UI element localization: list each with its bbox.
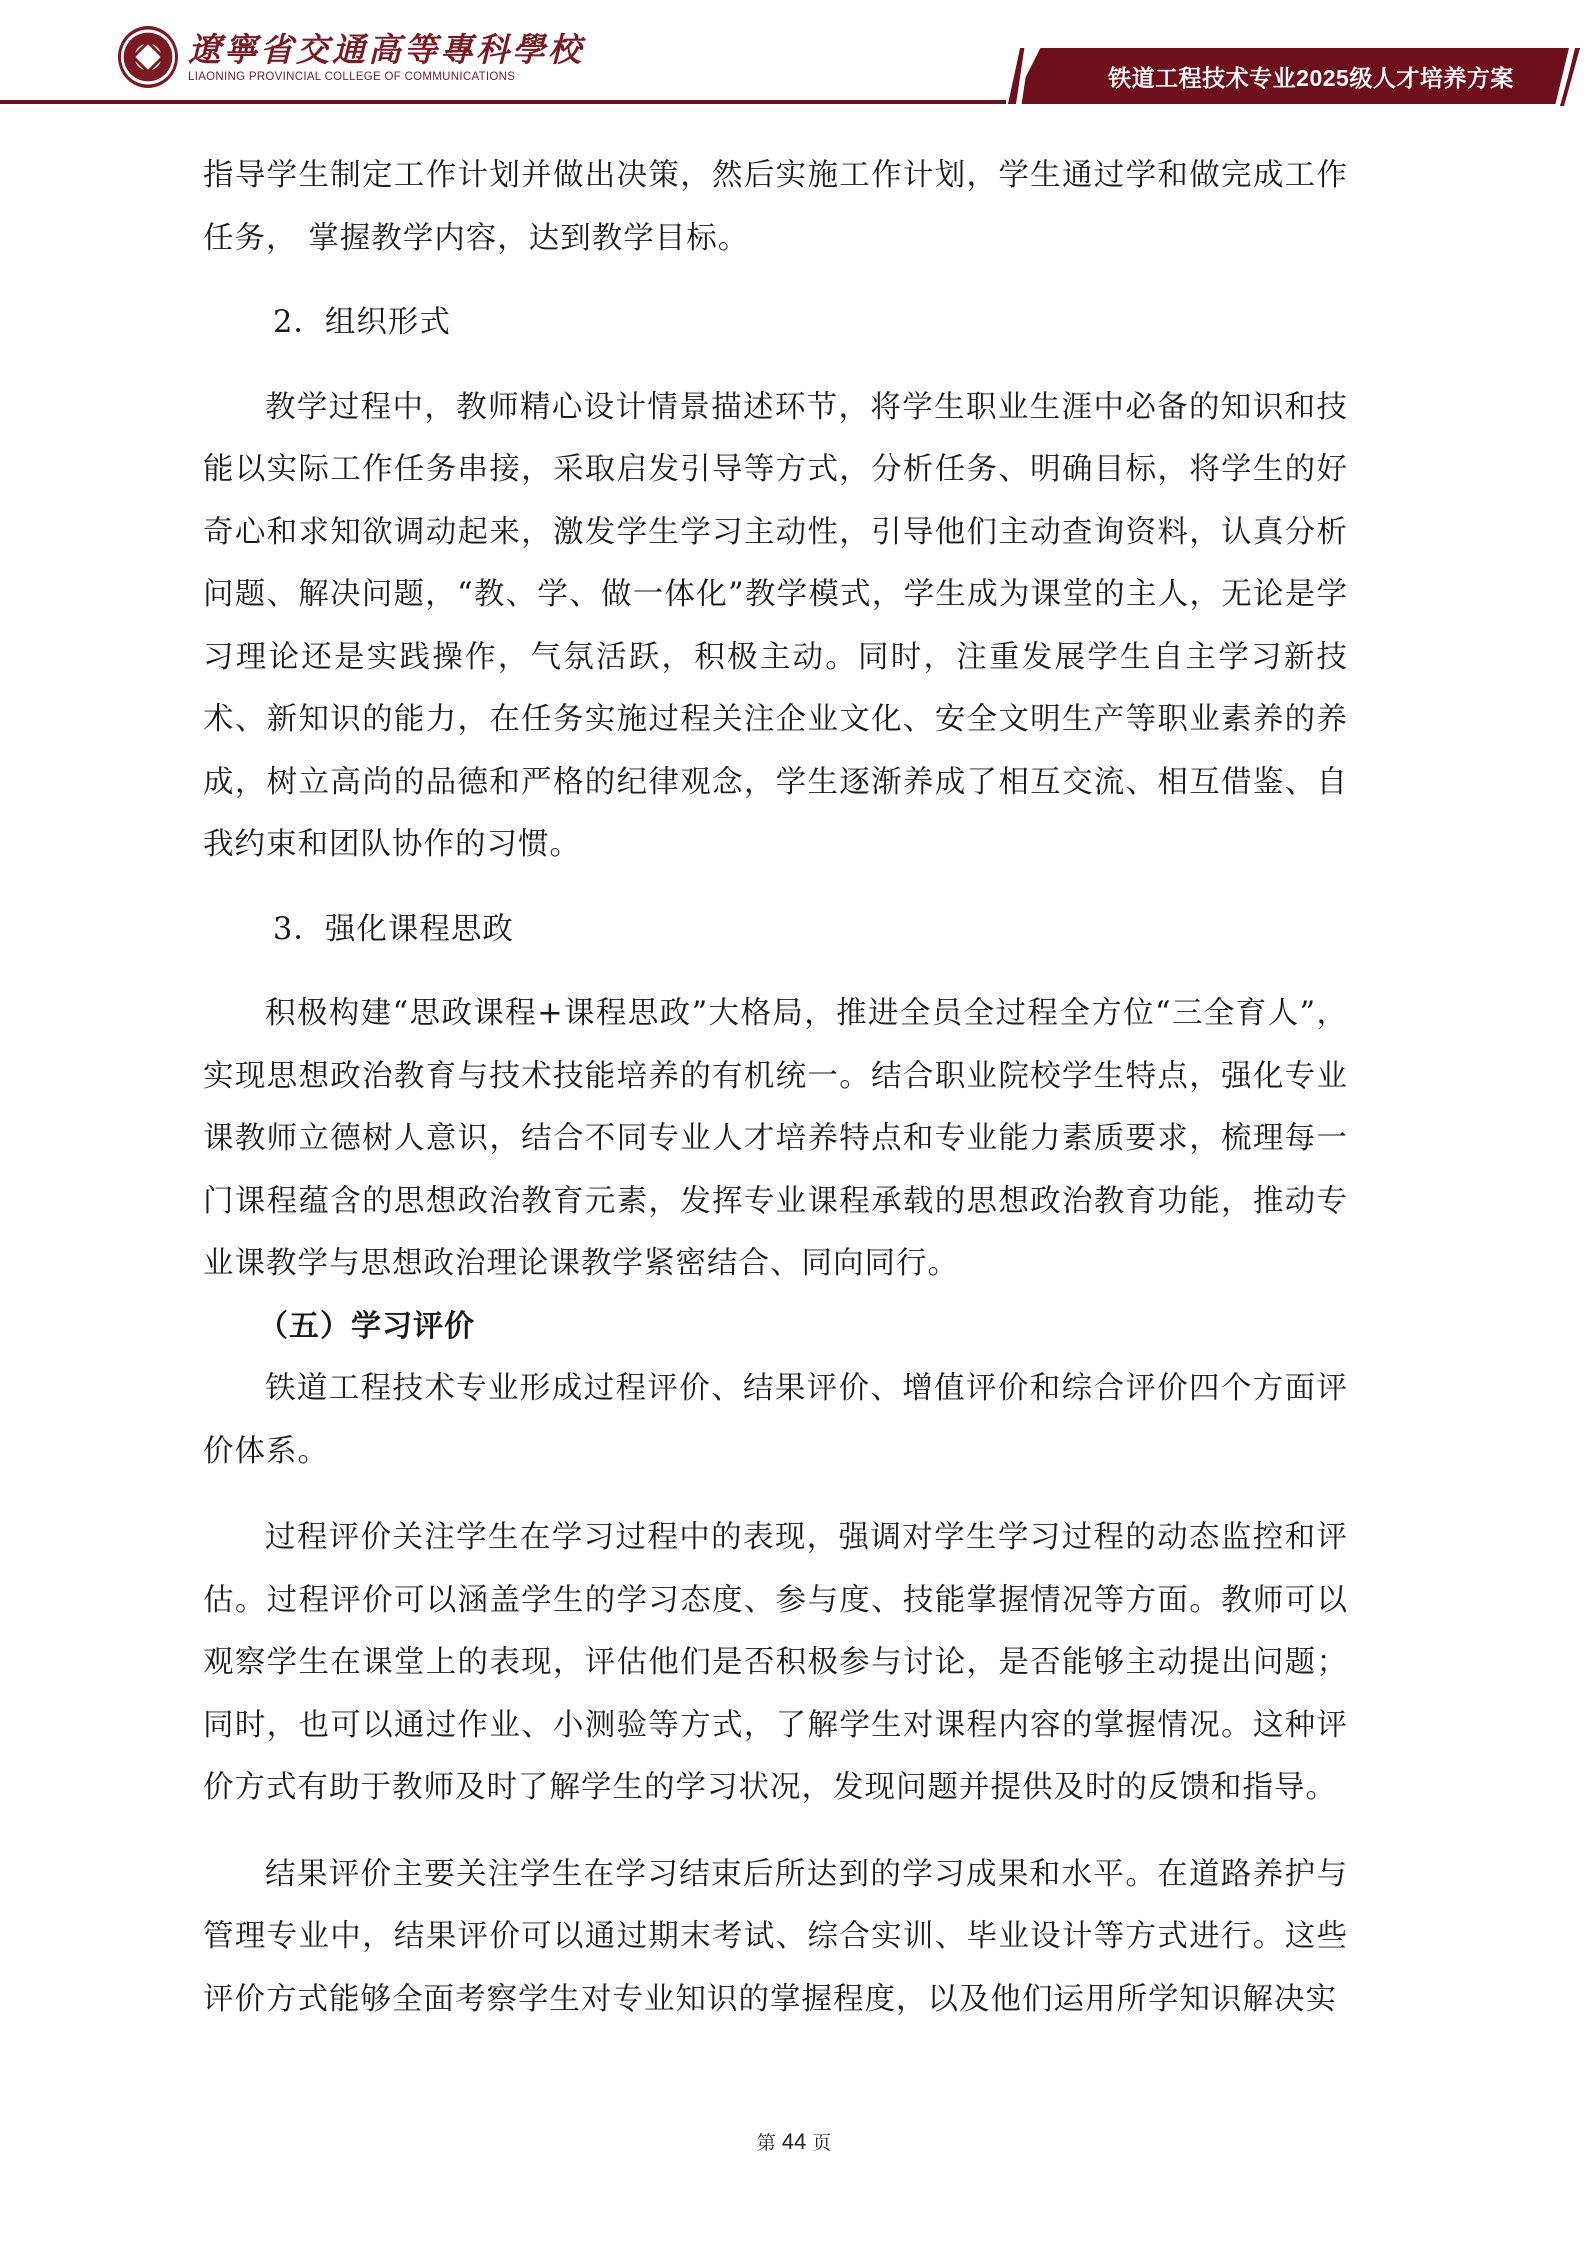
document-body: 指导学生制定工作计划并做出决策，然后实施工作计划，学生通过学和做完成工作任务， … (203, 145, 1348, 2031)
page-footer: 第44页 (0, 2128, 1588, 2155)
paragraph-ideology: 积极构建“思政课程+课程思政”大格局，推进全员全过程全方位“三全育人”，实现思想… (203, 983, 1348, 1296)
paragraph-continued: 指导学生制定工作计划并做出决策，然后实施工作计划，学生通过学和做完成工作任务， … (203, 145, 1348, 270)
paragraph-result-evaluation: 结果评价主要关注学生在学习结束后所达到的学习成果和水平。在道路养护与管理专业中，… (203, 1844, 1348, 2032)
subheading-ideology: 3．强化课程思政 (203, 899, 1348, 962)
page-header: 遼寧省交通高等專科學校 LIAONING PROVINCIAL COLLEGE … (0, 0, 1588, 110)
paragraph-process-evaluation: 过程评价关注学生在学习过程中的表现，强调对学生学习过程的动态监控和评估。过程评价… (203, 1507, 1348, 1820)
page-prefix: 第 (757, 2132, 776, 2154)
document-title: 铁道工程技术专业2025级人才培养方案 (1108, 60, 1514, 93)
school-logo: 遼寧省交通高等專科學校 LIAONING PROVINCIAL COLLEGE … (118, 26, 584, 88)
school-seal-icon (118, 26, 178, 88)
page-suffix: 页 (812, 2132, 831, 2154)
page-number: 44 (782, 2129, 806, 2154)
school-name-en: LIAONING PROVINCIAL COLLEGE OF COMMUNICA… (188, 70, 584, 84)
paragraph-organization: 教学过程中，教师精心设计情景描述环节，将学生职业生涯中必备的知识和技能以实际工作… (203, 377, 1348, 877)
paragraph-evaluation-system: 铁道工程技术专业形成过程评价、结果评价、增值评价和综合评价四个方面评价体系。 (203, 1358, 1348, 1483)
school-name-cn: 遼寧省交通高等專科學校 (188, 30, 584, 70)
subheading-organization-form: 2．组织形式 (203, 292, 1348, 355)
section-heading-learning-evaluation: （五）学习评价 (203, 1296, 1348, 1359)
header-divider (0, 100, 1006, 104)
title-banner: 铁道工程技术专业2025级人才培养方案 (1012, 48, 1580, 104)
